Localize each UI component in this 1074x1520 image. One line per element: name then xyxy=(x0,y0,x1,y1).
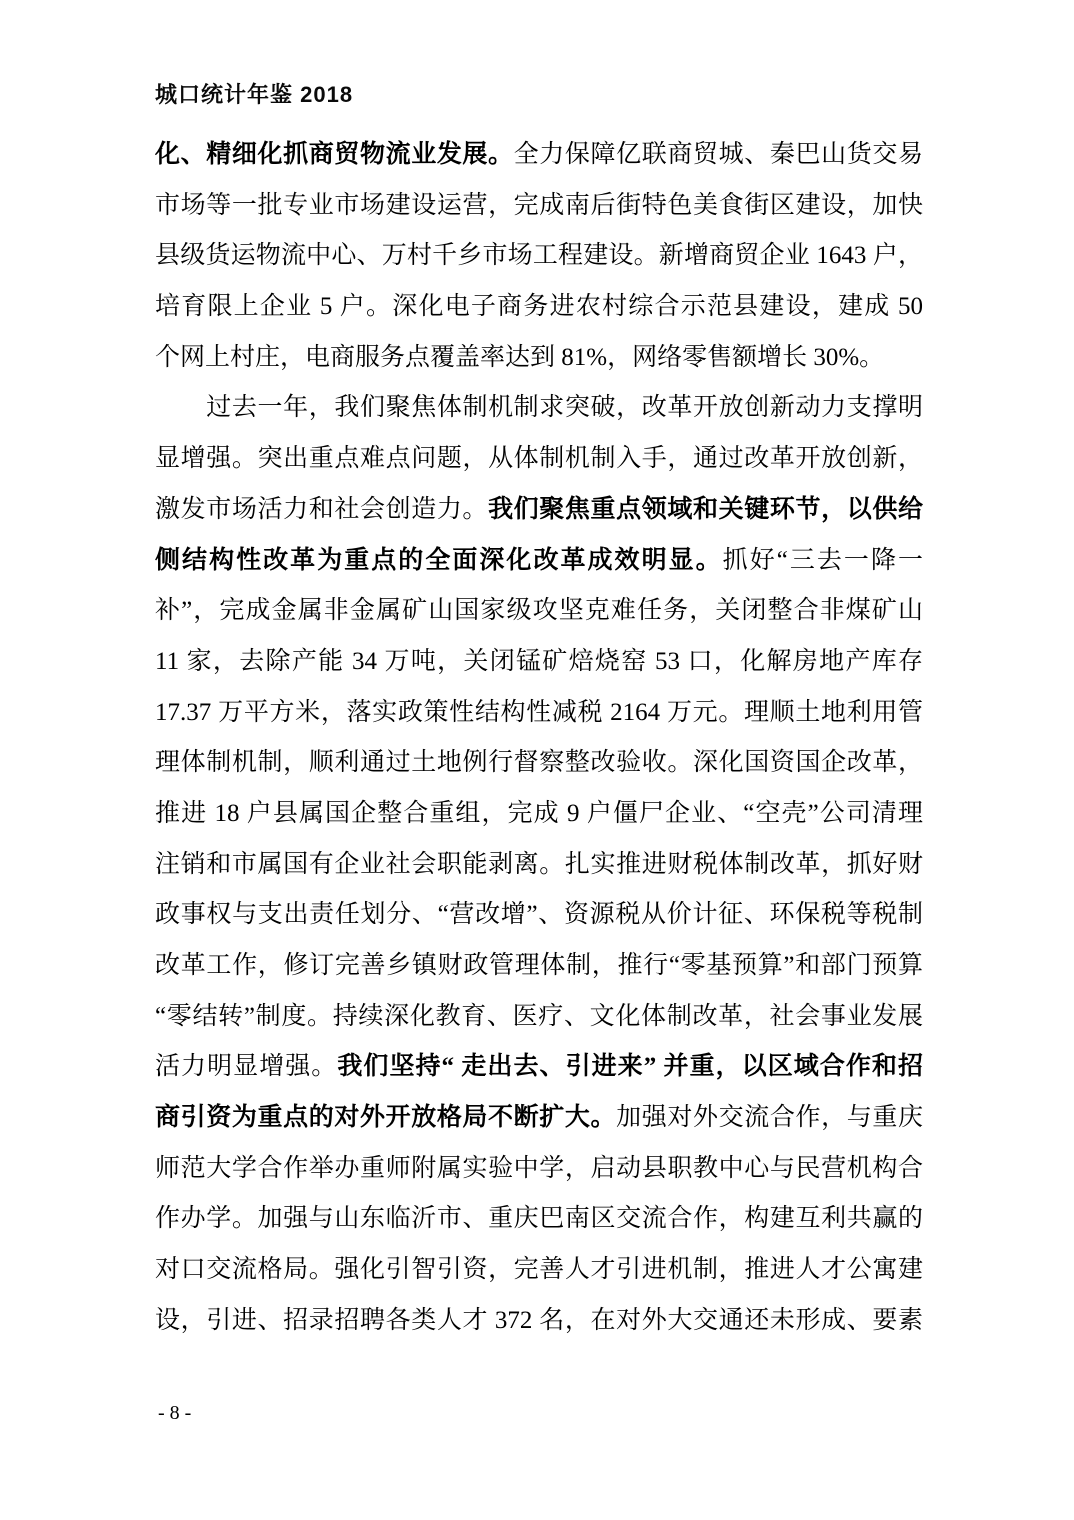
text-line: 激发市场活力和社会创造力。我们聚焦重点领域和关键环节，以供给 xyxy=(155,485,923,536)
text-line: “零结转”制度。持续深化教育、医疗、文化体制改革，社会事业发展 xyxy=(155,992,923,1043)
text-run: 注销和市属国有企业社会职能剥离。扎实推进财税体制改革，抓好财 xyxy=(155,851,923,878)
text-line: 作办学。加强与山东临沂市、重庆巴南区交流合作，构建互利共赢的 xyxy=(155,1194,923,1245)
text-line: 过去一年，我们聚焦体制机制求突破，改革开放创新动力支撑明 xyxy=(155,383,923,434)
text-line: 注销和市属国有企业社会职能剥离。扎实推进财税体制改革，抓好财 xyxy=(155,840,923,891)
text-line: 对口交流格局。强化引智引资，完善人才引进机制，推进人才公寓建 xyxy=(155,1245,923,1296)
text-line: 侧结构性改革为重点的全面深化改革成效明显。抓好“三去一降一 xyxy=(155,536,923,587)
text-run: 11 家，去除产能 34 万吨，关闭锰矿焙烧窑 53 口，化解房地产库存 xyxy=(155,648,923,675)
text-run-bold: 化、精细化抓商贸物流业发展。 xyxy=(155,141,514,168)
text-run-bold: 商引资为重点的对外开放格局不断扩大。 xyxy=(155,1104,616,1131)
text-line: 商引资为重点的对外开放格局不断扩大。加强对外交流合作，与重庆 xyxy=(155,1093,923,1144)
text-run: 抓好“三去一降一 xyxy=(723,547,923,574)
text-line: 17.37 万平方米，落实政策性结构性减税 2164 万元。理顺土地利用管 xyxy=(155,688,923,739)
text-line: 化、精细化抓商贸物流业发展。全力保障亿联商贸城、秦巴山货交易 xyxy=(155,130,923,181)
text-run: 市场等一批专业市场建设运营，完成南后街特色美食街区建设，加快 xyxy=(155,192,923,219)
text-run: 设，引进、招录招聘各类人才 372 名，在对外大交通还未形成、要素 xyxy=(155,1307,923,1334)
text-line: 补”，完成金属非金属矿山国家级攻坚克难任务，关闭整合非煤矿山 xyxy=(155,586,923,637)
text-line: 政事权与支出责任划分、“营改增”、资源税从价计征、环保税等税制 xyxy=(155,890,923,941)
text-line: 个网上村庄，电商服务点覆盖率达到 81%，网络零售额增长 30%。 xyxy=(155,333,923,384)
text-run: 作办学。加强与山东临沂市、重庆巴南区交流合作，构建互利共赢的 xyxy=(155,1205,923,1232)
text-run: 县级货运物流中心、万村千乡市场工程建设。新增商贸企业 1643 户， xyxy=(155,242,923,269)
text-run: 全力保障亿联商贸城、秦巴山货交易 xyxy=(514,141,923,168)
text-line: 显增强。突出重点难点问题，从体制机制入手，通过改革开放创新， xyxy=(155,434,923,485)
text-line: 改革工作，修订完善乡镇财政管理体制，推行“零基预算”和部门预算 xyxy=(155,941,923,992)
text-run: 加强对外交流合作，与重庆 xyxy=(616,1104,923,1131)
text-run: 政事权与支出责任划分、“营改增”、资源税从价计征、环保税等税制 xyxy=(155,901,923,928)
text-run: 推进 18 户县属国企整合重组，完成 9 户僵尸企业、“空壳”公司清理 xyxy=(155,800,923,827)
text-run: 改革工作，修订完善乡镇财政管理体制，推行“零基预算”和部门预算 xyxy=(155,952,923,979)
document-body: 化、精细化抓商贸物流业发展。全力保障亿联商贸城、秦巴山货交易市场等一批专业市场建… xyxy=(155,130,923,1347)
text-line: 师范大学合作举办重师附属实验中学，启动县职教中心与民营机构合 xyxy=(155,1144,923,1195)
text-run: 对口交流格局。强化引智引资，完善人才引进机制，推进人才公寓建 xyxy=(155,1256,923,1283)
text-run: 17.37 万平方米，落实政策性结构性减税 2164 万元。理顺土地利用管 xyxy=(155,699,923,726)
text-line: 推进 18 户县属国企整合重组，完成 9 户僵尸企业、“空壳”公司清理 xyxy=(155,789,923,840)
text-run: 激发市场活力和社会创造力。 xyxy=(155,496,488,523)
text-run: 补”，完成金属非金属矿山国家级攻坚克难任务，关闭整合非煤矿山 xyxy=(155,597,923,624)
page-number: - 8 - xyxy=(158,1398,191,1428)
text-line: 市场等一批专业市场建设运营，完成南后街特色美食街区建设，加快 xyxy=(155,181,923,232)
text-line: 理体制机制，顺利通过土地例行督察整改验收。深化国资国企改革， xyxy=(155,738,923,789)
text-run: 培育限上企业 5 户。深化电子商务进农村综合示范县建设，建成 50 xyxy=(155,293,923,320)
text-line: 县级货运物流中心、万村千乡市场工程建设。新增商贸企业 1643 户， xyxy=(155,231,923,282)
text-run-bold: 我们坚持“ 走出去、引进来” 并重，以区域合作和招 xyxy=(337,1053,923,1080)
text-run: “零结转”制度。持续深化教育、医疗、文化体制改革，社会事业发展 xyxy=(155,1003,923,1030)
text-run: 显增强。突出重点难点问题，从体制机制入手，通过改革开放创新， xyxy=(155,445,923,472)
document-page: 城口统计年鉴 2018 化、精细化抓商贸物流业发展。全力保障亿联商贸城、秦巴山货… xyxy=(0,0,1074,1520)
text-run: 活力明显增强。 xyxy=(155,1053,337,1080)
text-run: 师范大学合作举办重师附属实验中学，启动县职教中心与民营机构合 xyxy=(155,1155,923,1182)
text-line: 培育限上企业 5 户。深化电子商务进农村综合示范县建设，建成 50 xyxy=(155,282,923,333)
text-run-bold: 侧结构性改革为重点的全面深化改革成效明显。 xyxy=(155,547,723,574)
text-run: 过去一年，我们聚焦体制机制求突破，改革开放创新动力支撑明 xyxy=(155,394,923,421)
text-run: 理体制机制，顺利通过土地例行督察整改验收。深化国资国企改革， xyxy=(155,749,923,776)
document-header-title: 城口统计年鉴 2018 xyxy=(155,78,353,109)
text-line: 活力明显增强。我们坚持“ 走出去、引进来” 并重，以区域合作和招 xyxy=(155,1042,923,1093)
text-run: 个网上村庄，电商服务点覆盖率达到 81%，网络零售额增长 30%。 xyxy=(155,344,884,371)
text-line: 11 家，去除产能 34 万吨，关闭锰矿焙烧窑 53 口，化解房地产库存 xyxy=(155,637,923,688)
text-run-bold: 我们聚焦重点领域和关键环节，以供给 xyxy=(488,496,923,523)
text-line: 设，引进、招录招聘各类人才 372 名，在对外大交通还未形成、要素 xyxy=(155,1296,923,1347)
